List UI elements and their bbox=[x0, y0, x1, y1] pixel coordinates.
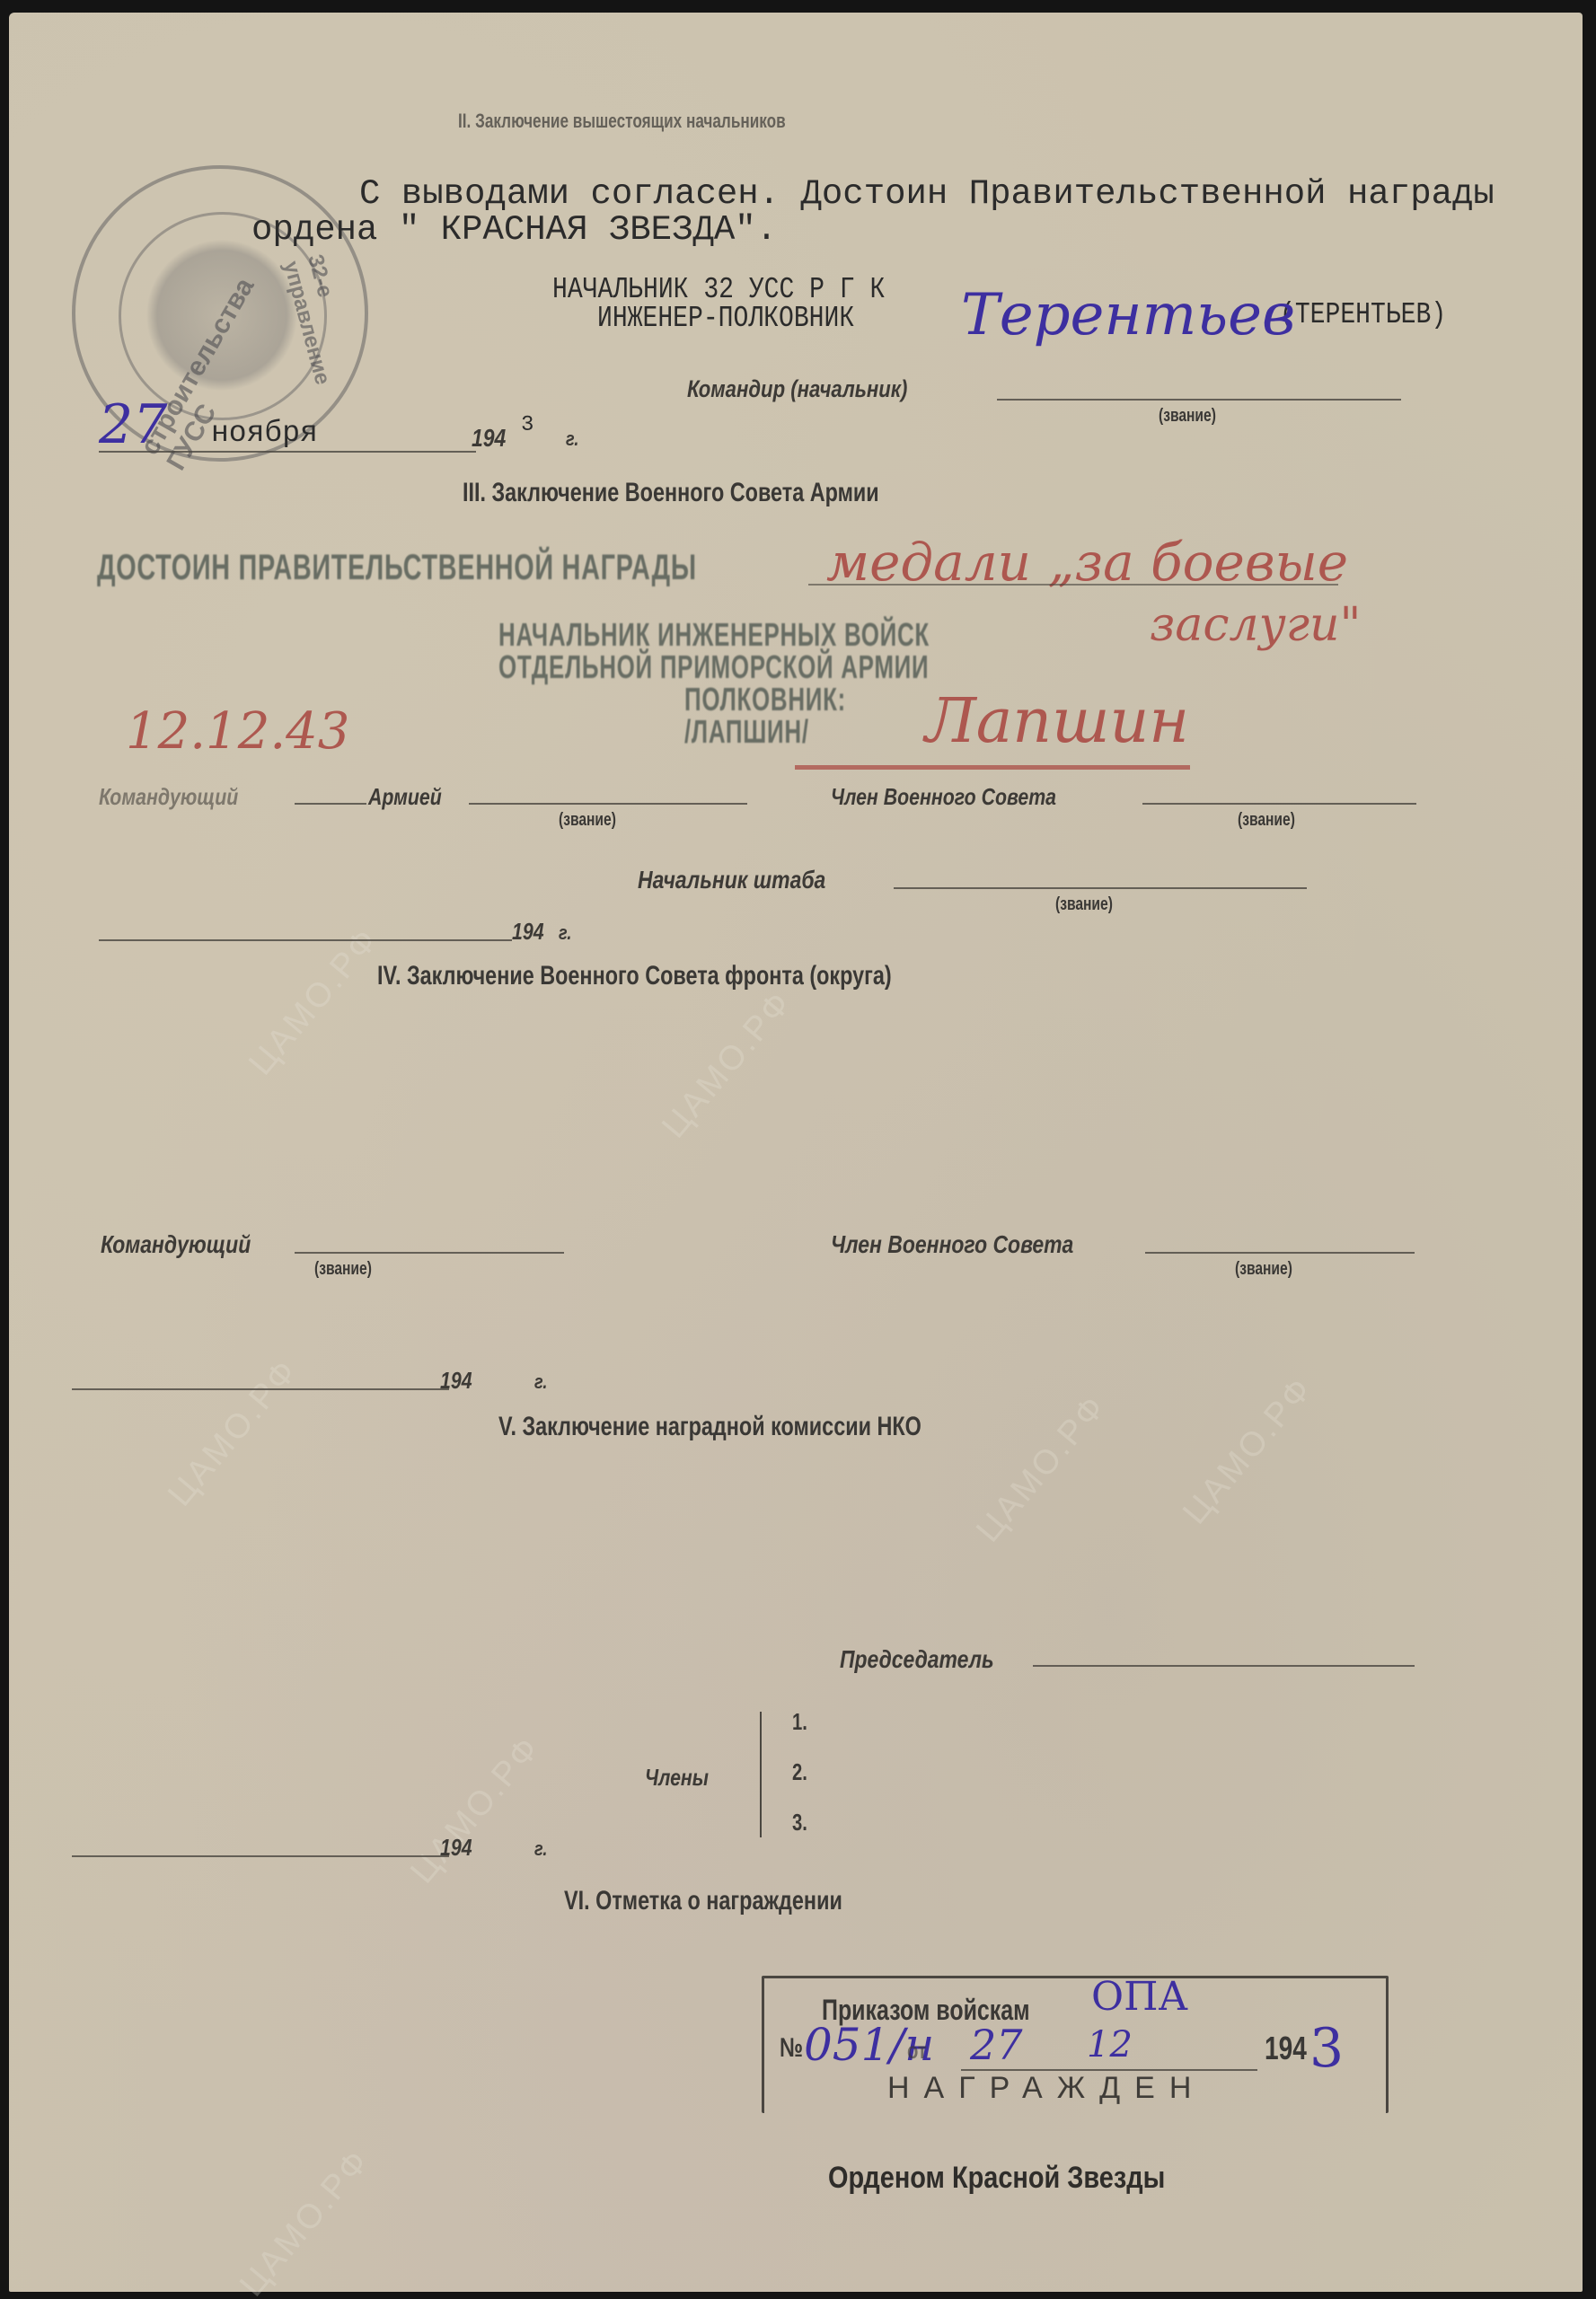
section5-date-g: г. bbox=[534, 1837, 547, 1861]
section5-members-label: Члены bbox=[645, 1764, 709, 1792]
section2-signatory-name: (ТЕРЕНТЬЕВ) bbox=[1280, 298, 1446, 331]
section3-rank-label-right: (звание) bbox=[1238, 810, 1295, 831]
section5-date-line bbox=[72, 1855, 449, 1857]
section3-rank-label-left: (звание) bbox=[559, 810, 616, 831]
section2-date-year: 194 bbox=[472, 424, 506, 453]
section5-member-2: 2. bbox=[792, 1758, 807, 1786]
section3-heading: III. Заключение Военного Совета Армии bbox=[463, 478, 879, 508]
section2-commander-line bbox=[997, 399, 1401, 401]
section2-date-year-suffix: 3 bbox=[521, 413, 533, 437]
section6-awarded-label: НАГРАЖДЕН bbox=[887, 2071, 1205, 2106]
section6-order-year: 194 bbox=[1265, 2030, 1307, 2067]
section5-members-brace bbox=[760, 1712, 765, 1837]
section6-number-label: № bbox=[780, 2033, 803, 2064]
section2-body-line1: С выводами согласен. Достоин Правительст… bbox=[359, 174, 1495, 214]
section2-heading: II. Заключение вышестоящих начальников bbox=[458, 110, 786, 133]
section3-army-line bbox=[469, 803, 747, 805]
section2-date-day: 27 bbox=[99, 393, 167, 456]
section4-rank-label-right: (звание) bbox=[1235, 1259, 1292, 1280]
section4-council-member-label: Член Военного Совета bbox=[831, 1230, 1073, 1259]
watermark: ЦАМО.РФ bbox=[969, 1387, 1115, 1550]
section6-award-text: Орденом Красной Звезды bbox=[828, 2161, 1165, 2196]
watermark: ЦАМО.РФ bbox=[242, 920, 387, 1083]
section2-rank-label: (звание) bbox=[1159, 406, 1216, 427]
section5-chairman-line bbox=[1033, 1665, 1415, 1667]
section3-commander-line bbox=[295, 803, 366, 805]
award-document-page: ЦАМО.РФ ЦАМО.РФ ЦАМО.РФ ЦАМО.РФ ЦАМО.РФ … bbox=[9, 13, 1583, 2292]
section3-date-year: 194 bbox=[512, 918, 544, 946]
section4-commander-label: Командующий bbox=[101, 1230, 251, 1259]
section6-order-day: 27 bbox=[970, 2021, 1023, 2069]
section4-rank-label-left: (звание) bbox=[314, 1259, 372, 1280]
section5-heading: V. Заключение наградной комиссии НКО bbox=[498, 1412, 921, 1442]
section2-date-month: ноября bbox=[211, 417, 318, 450]
section3-army-label: Армией bbox=[368, 783, 442, 811]
section3-date-line bbox=[99, 939, 512, 941]
section3-date-g: г. bbox=[559, 921, 571, 945]
section3-council-member-line bbox=[1142, 803, 1416, 805]
section2-date-g: г. bbox=[566, 427, 578, 451]
watermark: ЦАМО.РФ bbox=[655, 983, 800, 1146]
watermark: ЦАМО.РФ bbox=[161, 1352, 306, 1514]
section6-from-label: от bbox=[907, 2037, 927, 2065]
section2-signatory-rank: ИНЖЕНЕР-ПОЛКОВНИК bbox=[597, 302, 854, 335]
section5-member-1: 1. bbox=[792, 1708, 807, 1736]
section2-commander-label: Командир (начальник) bbox=[687, 375, 907, 403]
section3-stamp-signatory-line4: /ЛАПШИН/ bbox=[684, 713, 809, 751]
section6-heading: VI. Отметка о награждении bbox=[564, 1886, 842, 1916]
section6-order-month: 12 bbox=[1087, 2024, 1133, 2066]
section5-date-year: 194 bbox=[440, 1834, 472, 1862]
section3-stamp-text: ДОСТОИН ПРАВИТЕЛЬСТВЕННОЙ НАГРАДЫ bbox=[97, 548, 697, 588]
section4-date-line bbox=[72, 1388, 449, 1390]
section3-signature-underline bbox=[795, 765, 1190, 770]
section2-signature: Терентьев bbox=[961, 282, 1295, 348]
section3-council-member-label: Член Военного Совета bbox=[831, 783, 1056, 811]
watermark: ЦАМО.РФ bbox=[233, 2142, 378, 2299]
section3-award-line bbox=[808, 584, 1338, 586]
section6-order-year-suffix: 3 bbox=[1309, 2017, 1344, 2080]
section4-date-g: г. bbox=[534, 1370, 547, 1394]
section4-council-member-line bbox=[1145, 1252, 1415, 1254]
section4-date-year: 194 bbox=[440, 1367, 472, 1395]
watermark: ЦАМО.РФ bbox=[403, 1729, 549, 1891]
section3-rank-label-staff: (звание) bbox=[1055, 894, 1113, 915]
watermark: ЦАМО.РФ bbox=[1176, 1370, 1321, 1532]
section4-commander-line bbox=[295, 1252, 564, 1254]
section3-chief-of-staff-label: Начальник штаба bbox=[638, 866, 825, 894]
section2-body-line2: ордена " КРАСНАЯ ЗВЕЗДА". bbox=[251, 210, 777, 250]
section3-award-handwritten-line2: заслуги" bbox=[1150, 598, 1361, 652]
section5-member-3: 3. bbox=[792, 1809, 807, 1837]
section3-commander-label: Командующий bbox=[99, 783, 238, 811]
section3-chief-of-staff-line bbox=[894, 887, 1307, 889]
section2-date-line bbox=[99, 451, 476, 453]
section4-heading: IV. Заключение Военного Совета фронта (о… bbox=[377, 961, 892, 991]
section6-order-unit: ОПА bbox=[1091, 1974, 1188, 2020]
section3-signature: Лапшин bbox=[925, 686, 1189, 757]
section5-chairman-label: Председатель bbox=[840, 1645, 994, 1674]
section3-handwritten-date: 12.12.43 bbox=[126, 702, 349, 761]
